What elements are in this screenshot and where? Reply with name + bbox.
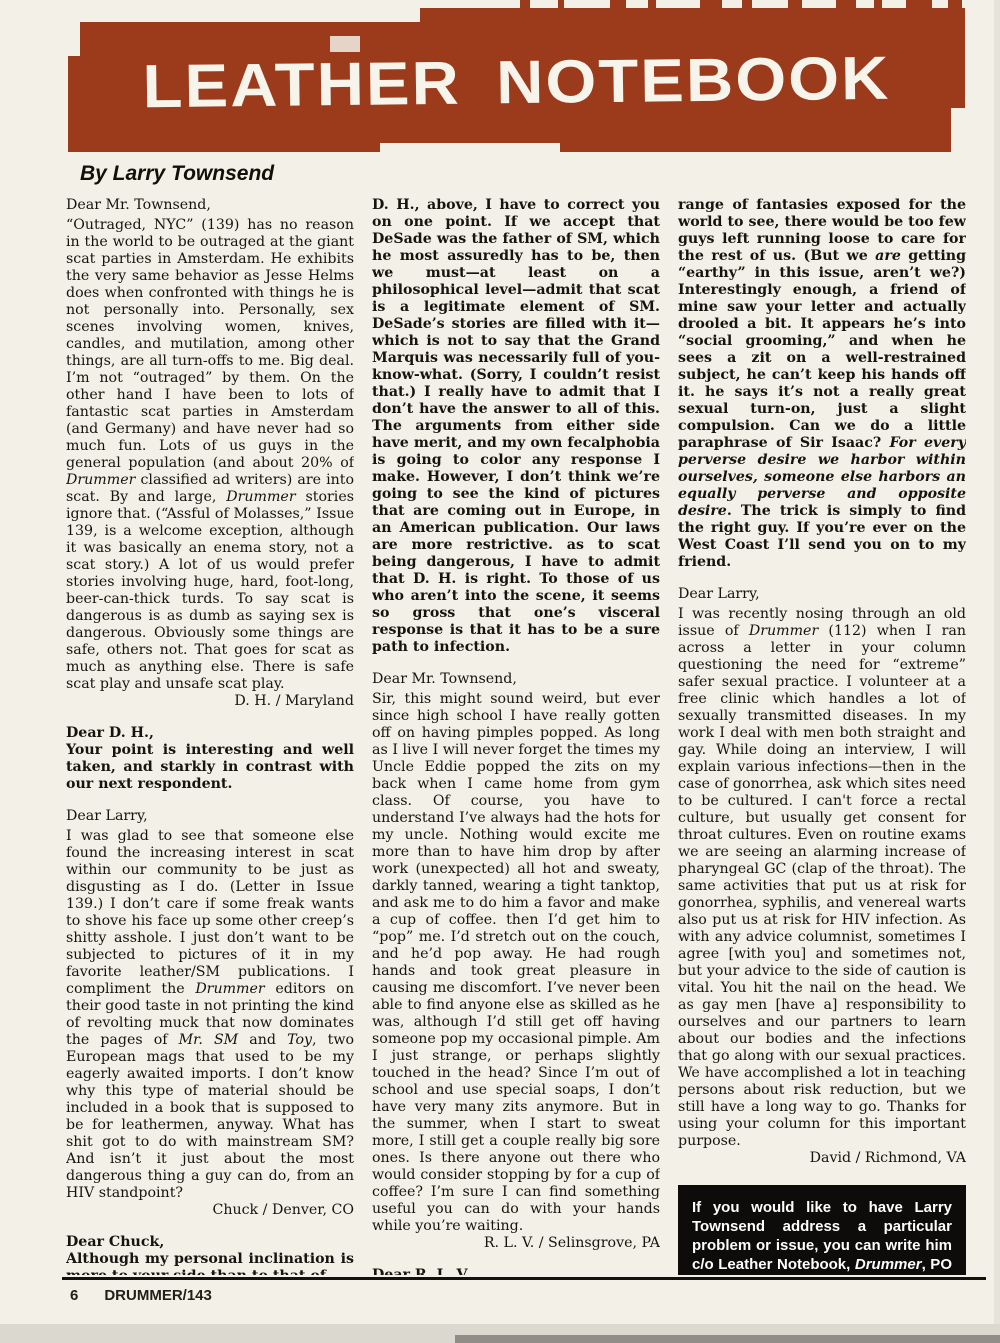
page-title: LEATHER NOTEBOOK <box>53 47 979 119</box>
letter-salutation: Dear Larry, <box>66 808 354 825</box>
letter-signature: David / Richmond, VA <box>678 1150 966 1167</box>
letter-body: Sir, this might sound weird, but ever si… <box>372 691 660 1235</box>
contact-notice-box: If you would like to have Larry Townsend… <box>678 1185 966 1275</box>
banner-texture <box>951 108 965 152</box>
banner-texture <box>380 143 560 152</box>
letter-body: I was glad to see that someone else foun… <box>66 828 354 1202</box>
letter-body: I was recently nosing through an old iss… <box>678 606 966 1150</box>
scan-edge <box>994 0 1000 1343</box>
column-3: range of fantasies exposed for the world… <box>678 197 966 1275</box>
page-number: 6 <box>70 1287 78 1304</box>
contact-notice-text: If you would like to have Larry Townsend… <box>692 1198 952 1275</box>
reply-body-continued: D. H., above, I have to correct you on o… <box>372 197 660 656</box>
letter-body: “Outraged, NYC” (139) has no reason in t… <box>66 217 354 693</box>
banner: LEATHER NOTEBOOK <box>68 22 965 152</box>
page-footer: 6DRUMMER/143 <box>70 1287 212 1304</box>
reply-salutation: Dear Chuck, <box>66 1234 354 1251</box>
bottom-rule <box>62 1277 986 1280</box>
letter-salutation: Dear Larry, <box>678 586 966 603</box>
letter-signature: R. L. V. / Selinsgrove, PA <box>372 1235 660 1252</box>
letter-salutation: Dear Mr. Townsend, <box>66 197 354 214</box>
banner-texture <box>68 22 80 56</box>
magazine-page: LEATHER NOTEBOOK By Larry Townsend Dear … <box>0 0 1000 1343</box>
letter-signature: D. H. / Maryland <box>66 693 354 710</box>
column-1: Dear Mr. Townsend, “Outraged, NYC” (139)… <box>66 197 354 1275</box>
scan-bar <box>455 1335 1000 1343</box>
letter-salutation: Dear Mr. Townsend, <box>372 671 660 688</box>
column-2: D. H., above, I have to correct you on o… <box>372 197 660 1275</box>
reply-body-continued: range of fantasies exposed for the world… <box>678 197 966 571</box>
letters-columns: Dear Mr. Townsend, “Outraged, NYC” (139)… <box>66 197 968 1275</box>
magazine-issue: DRUMMER/143 <box>104 1287 212 1304</box>
reply-salutation: Dear D. H., <box>66 725 354 742</box>
reply-salutation: Dear R. L. V., <box>372 1267 660 1275</box>
letter-signature: Chuck / Denver, CO <box>66 1202 354 1219</box>
byline: By Larry Townsend <box>80 162 274 186</box>
reply-body: Although my personal inclination is more… <box>66 1251 354 1275</box>
reply-body: Your point is interesting and well taken… <box>66 742 354 793</box>
